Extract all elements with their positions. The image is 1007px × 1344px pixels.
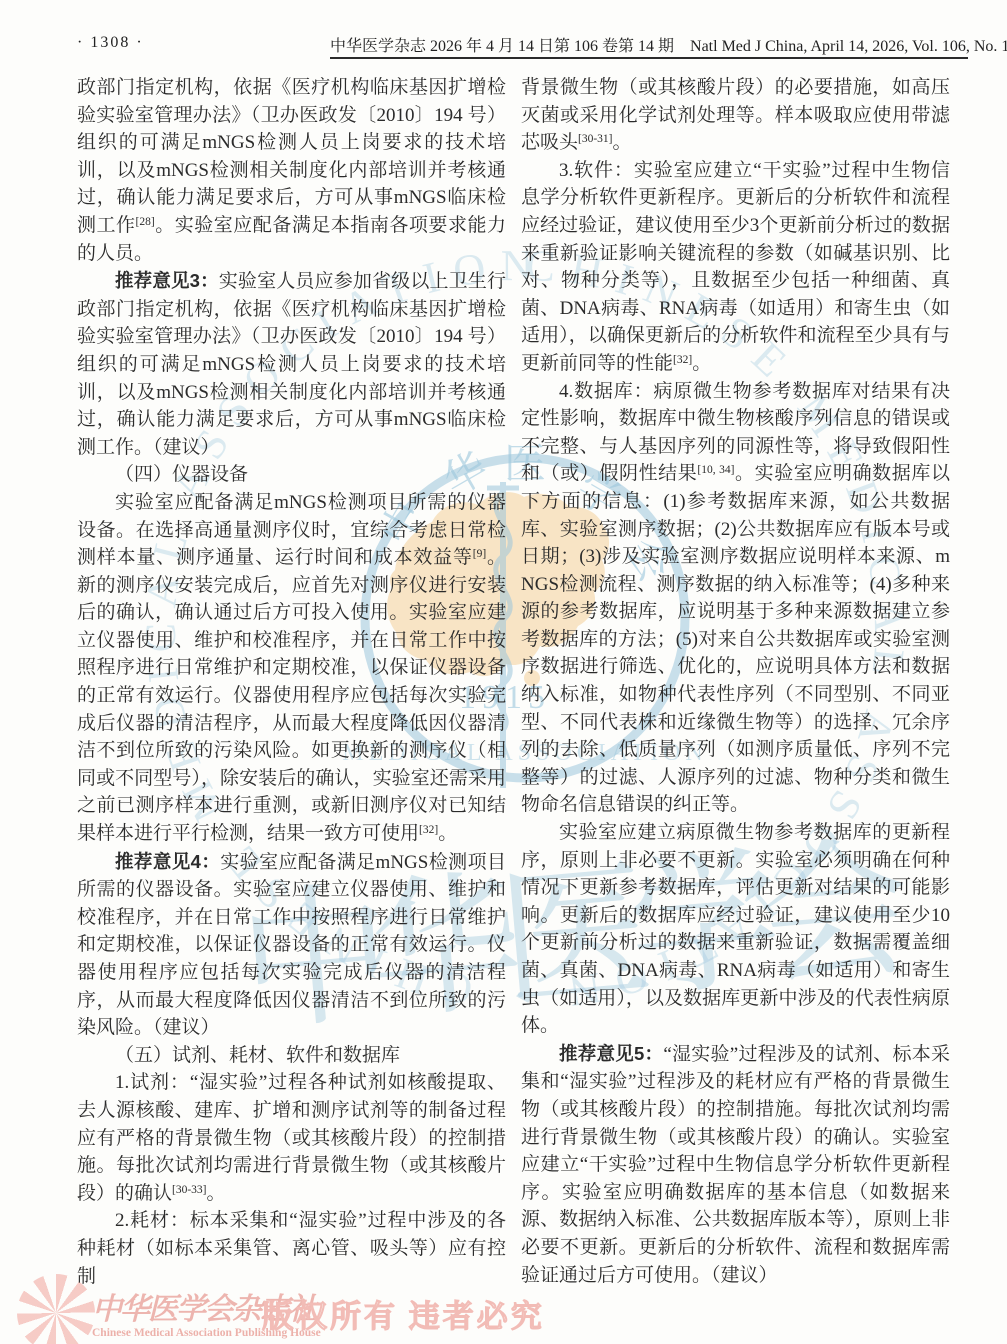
journal-title-en: Natl Med J China, April 14, 2026, Vol. 1… <box>690 38 1007 55</box>
paragraph: 3.软件：实验室应建立“干实验”过程中生物信息学分析软件更新程序。更新后的分析软… <box>521 157 950 378</box>
text-run: 推荐意见3： <box>115 270 219 291</box>
text-run: 实验室人员应参加省级以上卫生行政部门指定机构，依据《医疗机构临床基因扩增检验实验… <box>77 271 506 458</box>
paragraph: 政部门指定机构，依据《医疗机构临床基因扩增检验实验室管理办法》（卫办医政发〔20… <box>77 74 506 267</box>
paragraph: （五）试剂、耗材、软件和数据库 <box>77 1042 506 1070</box>
journal-header: 中华医学杂志 2026 年 4 月 14 日第 106 卷第 14 期Natl … <box>330 33 970 56</box>
text-run: 。 <box>692 353 711 374</box>
reference-marker: [9] <box>473 548 486 560</box>
paragraph: 1.试剂：“湿实验”过程各种试剂如核酸提取、去人源核酸、建库、扩增和测序试剂等的… <box>77 1069 506 1207</box>
text-run: 3.软件：实验室应建立“干实验”过程中生物信息学分析软件更新程序。更新后的分析软… <box>521 160 950 374</box>
text-run: 实验室应建立病原微生物参考数据库的更新程序，原则上非必要不更新。实验室必须明确在… <box>521 822 950 1036</box>
paragraph: 4.数据库：病原微生物参考数据库对结果有决定性影响，数据库中微生物核酸序列信息的… <box>521 378 950 820</box>
text-run: 。 <box>613 132 632 153</box>
reference-marker: [10, 34] <box>697 464 734 476</box>
text-run: 政部门指定机构，依据《医疗机构临床基因扩增检验实验室管理办法》（卫办医政发〔20… <box>77 77 506 236</box>
paragraph: 2.耗材：标本采集和“湿实验”过程中涉及的各种耗材（如标本采集管、离心管、吸头等… <box>77 1207 506 1290</box>
text-run: 推荐意见5： <box>559 1043 663 1064</box>
text-run: 实验室应配备满足mNGS检测项目所需的仪器设备。实验室应建立仪器使用、维护和校准… <box>77 852 506 1039</box>
text-run: 推荐意见4： <box>115 851 220 872</box>
right-column: 背景微生物（或其核酸片段）的必要措施，如高压灭菌或采用化学试剂处理等。样本吸取应… <box>521 74 950 1336</box>
page-number: · 1308 · <box>77 34 144 52</box>
text-run: 。实验室应明确数据库以下方面的信息：(1)参考数据库来源，如公共数据库、实验室测… <box>521 463 950 815</box>
text-run: （四）仪器设备 <box>115 464 248 485</box>
paragraph: 实验室应配备满足mNGS检测项目所需的仪器设备。在选择高通量测序仪时，宜综合考虑… <box>77 489 506 848</box>
reference-marker: [30-31] <box>578 133 613 145</box>
paragraph: 推荐意见5：“湿实验”过程涉及的试剂、标本采集和“湿实验”过程涉及的耗材应有严格… <box>521 1040 950 1289</box>
text-run: 。 <box>207 1183 226 1204</box>
paragraph: 实验室应建立病原微生物参考数据库的更新程序，原则上非必要不更新。实验室必须明确在… <box>521 819 950 1040</box>
text-run: （五）试剂、耗材、软件和数据库 <box>115 1045 400 1066</box>
text-run: “湿实验”过程涉及的试剂、标本采集和“湿实验”过程涉及的耗材应有严格的背景微生物… <box>521 1044 950 1286</box>
journal-title-cn: 中华医学杂志 2026 年 4 月 14 日第 106 卷第 14 期 <box>330 38 674 55</box>
paragraph: 背景微生物（或其核酸片段）的必要措施，如高压灭菌或采用化学试剂处理等。样本吸取应… <box>521 74 950 157</box>
text-run: 1.试剂：“湿实验”过程各种试剂如核酸提取、去人源核酸、建库、扩增和测序试剂等的… <box>77 1072 506 1203</box>
reference-marker: [28] <box>136 216 155 228</box>
paragraph: 推荐意见3：实验室人员应参加省级以上卫生行政部门指定机构，依据《医疗机构临床基因… <box>77 267 506 461</box>
paragraph: （四）仪器设备 <box>77 461 506 489</box>
reference-marker: [32] <box>419 824 438 836</box>
text-run: 。新的测序仪安装完成后，应首先对测序仪进行安装后的确认，确认通过后方可投入使用。… <box>77 547 506 844</box>
journal-page: { "header": { "page_number": "· 1308 ·",… <box>0 0 1007 1344</box>
header-rule <box>330 57 968 59</box>
text-run: 。 <box>438 823 457 844</box>
text-run: 2.耗材：标本采集和“湿实验”过程中涉及的各种耗材（如标本采集管、离心管、吸头等… <box>77 1210 506 1286</box>
reference-marker: [30-33] <box>172 1184 207 1196</box>
reference-marker: [32] <box>673 354 692 366</box>
left-column: 政部门指定机构，依据《医疗机构临床基因扩增检验实验室管理办法》（卫办医政发〔20… <box>77 74 506 1336</box>
paragraph: 推荐意见4：实验室应配备满足mNGS检测项目所需的仪器设备。实验室应建立仪器使用… <box>77 848 506 1042</box>
text-run: 实验室应配备满足mNGS检测项目所需的仪器设备。在选择高通量测序仪时，宜综合考虑… <box>77 492 506 568</box>
